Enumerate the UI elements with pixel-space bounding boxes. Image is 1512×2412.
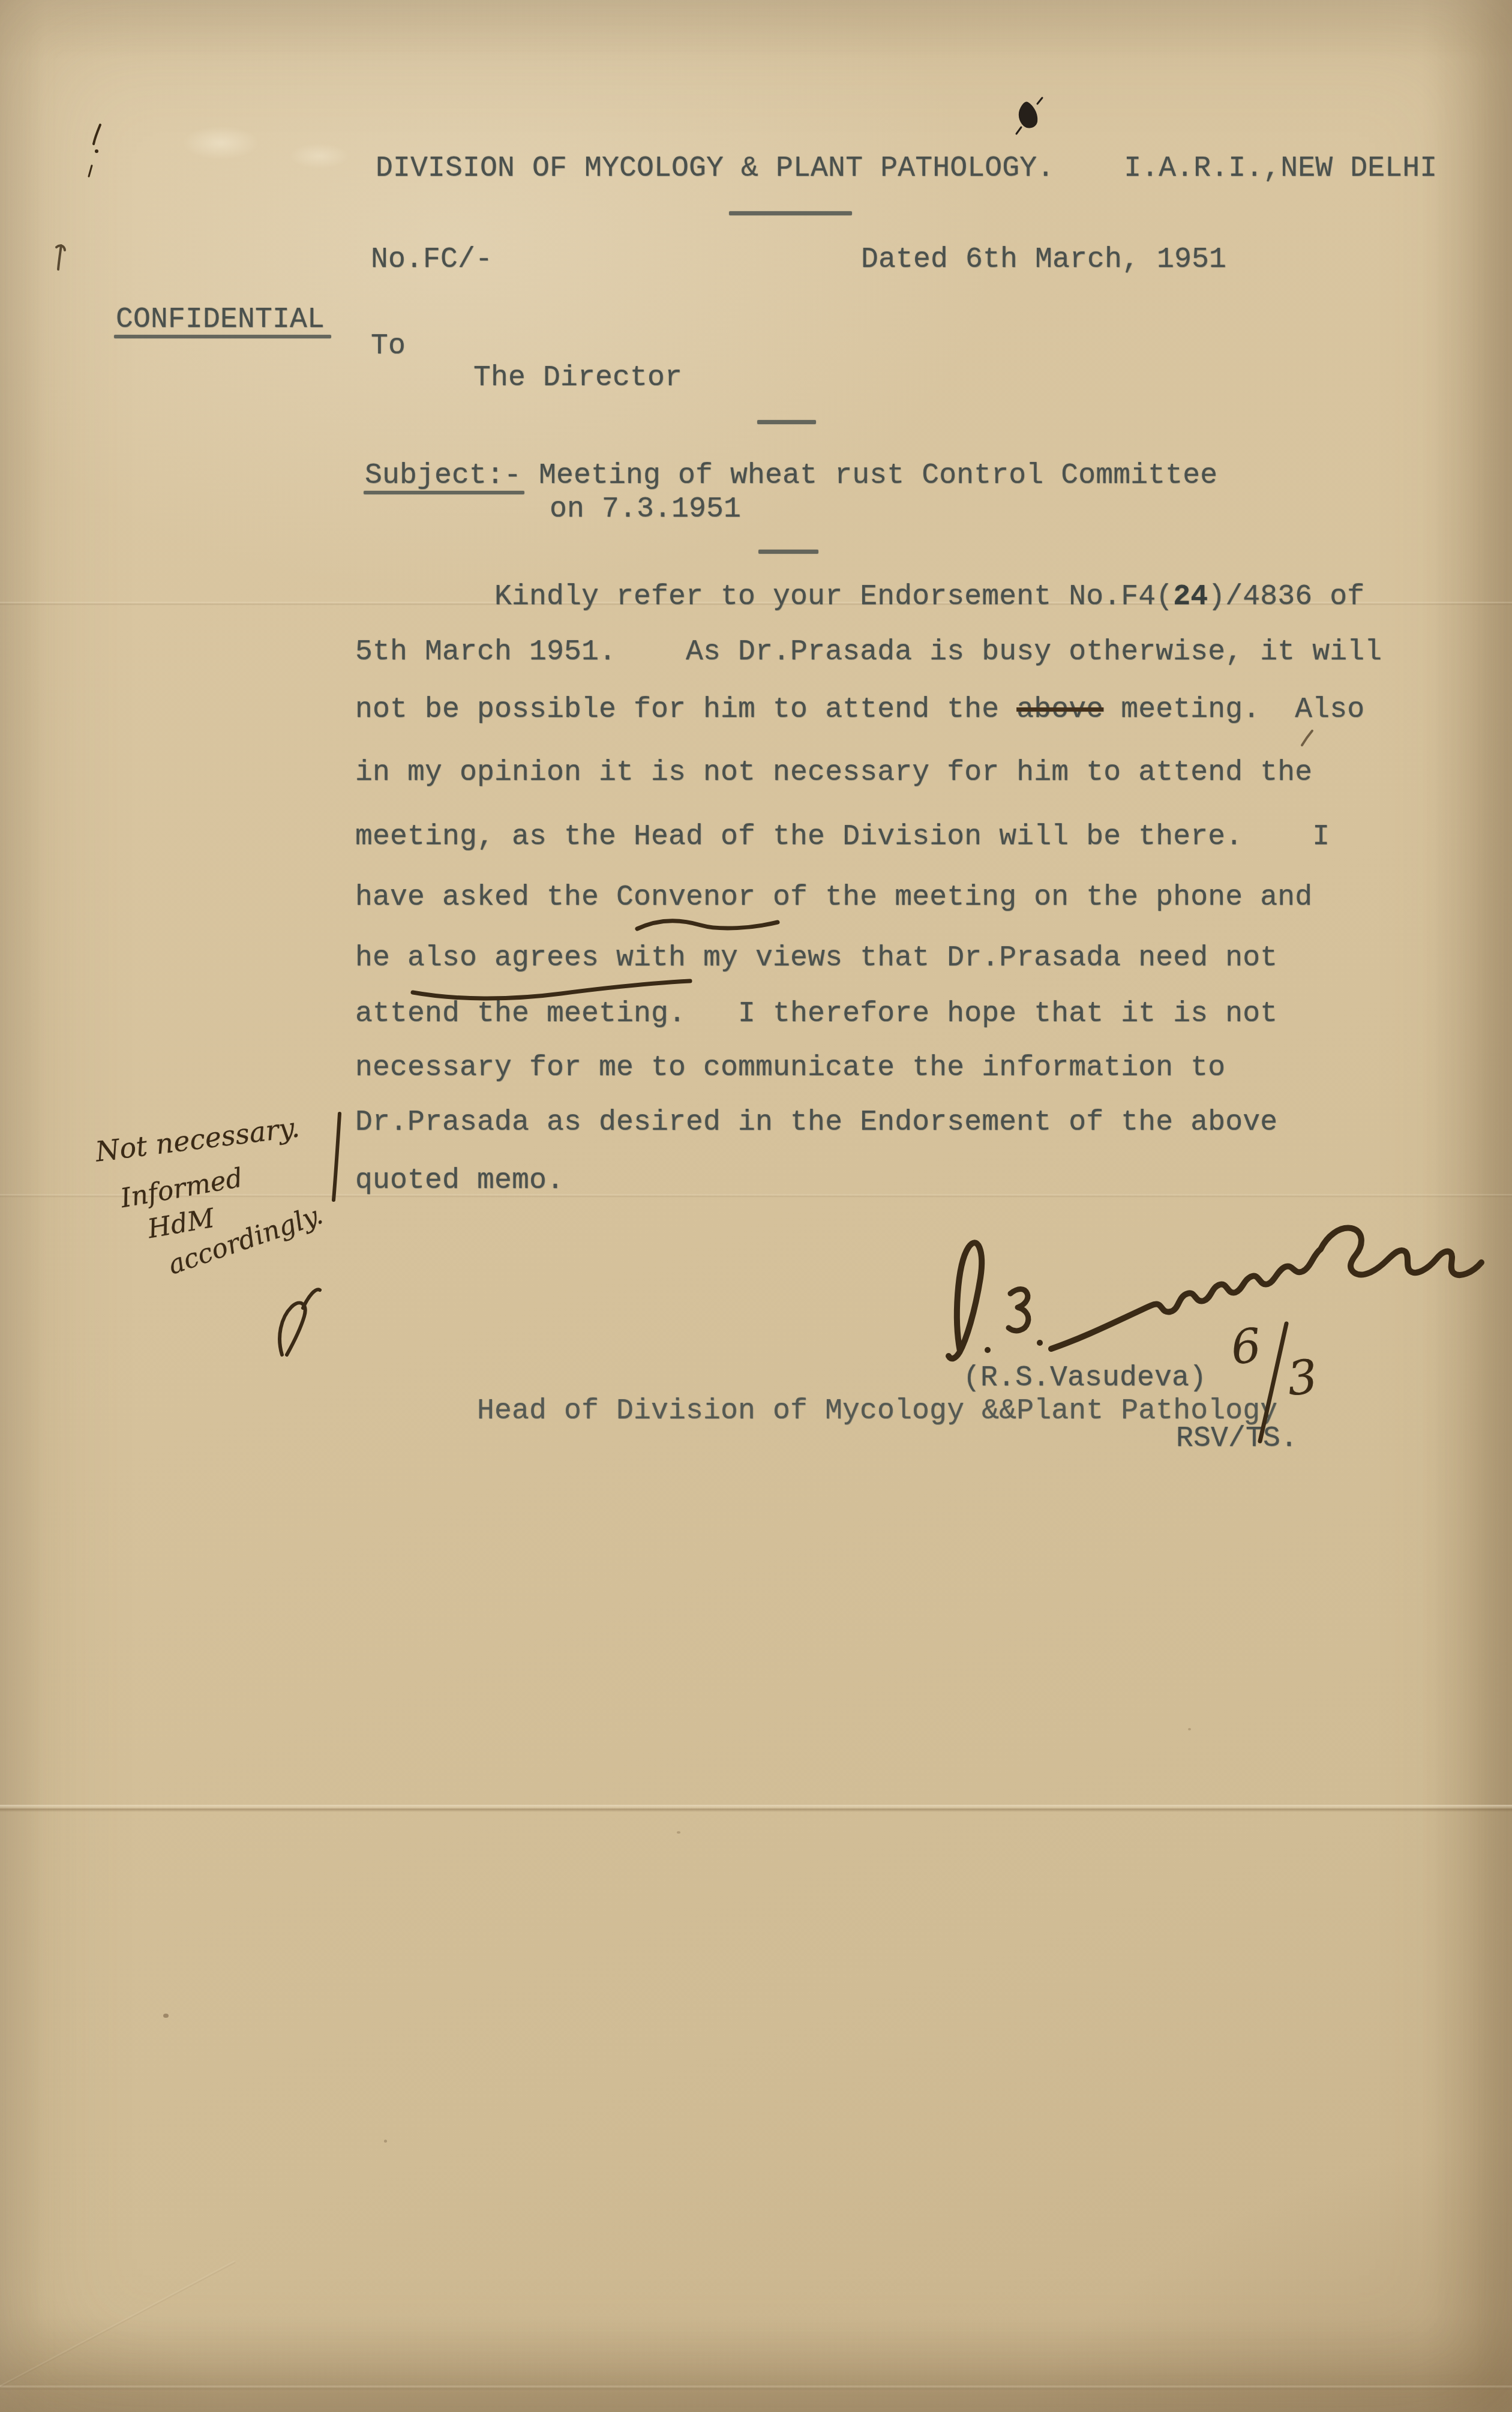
body-line-1-post: )/4836 of xyxy=(1208,581,1364,613)
fold-crease-main xyxy=(0,1805,1512,1812)
signatory-name-typed: (R.S.Vasudeva) xyxy=(963,1361,1207,1395)
pen-underline-convenor xyxy=(637,920,778,929)
body-line-1: Kindly refer to your Endorsement No.F4(2… xyxy=(355,580,1364,614)
margin-note-line-2: Informed xyxy=(118,1163,245,1214)
ink-blot xyxy=(1016,98,1042,134)
pen-mark-top-left-dot xyxy=(95,149,98,153)
body-line-8: attend the meeting. I therefore hope tha… xyxy=(355,997,1277,1031)
signature-dot xyxy=(1037,1340,1043,1346)
letterhead-rule xyxy=(729,211,852,215)
signature-date-digit-3: 3 xyxy=(1285,1350,1320,1407)
paper-speck xyxy=(1188,1728,1191,1730)
paper-speck xyxy=(163,2014,169,2018)
body-line-1-pre: Kindly refer to your Endorsement No.F4( xyxy=(355,581,1173,613)
signature-dot xyxy=(985,1347,991,1353)
body-line-10: Dr.Prasada as desired in the Endorsement… xyxy=(355,1106,1277,1139)
scanned-memo-page: DIVISION OF MYCOLOGY & PLANT PATHOLOGY. … xyxy=(0,0,1512,2412)
body-line-3-struck-word: above xyxy=(1016,694,1103,726)
pen-tick-mark xyxy=(1302,731,1312,745)
margin-note-divider-line xyxy=(334,1114,340,1200)
address-recipient: The Director xyxy=(473,361,682,395)
body-line-1-bold: 24 xyxy=(1173,581,1208,613)
pen-mark-left-edge xyxy=(56,245,65,269)
body-line-6: have asked the Convenor of the meeting o… xyxy=(355,881,1312,914)
paper-speck xyxy=(384,2140,387,2143)
body-line-3: not be possible for him to attend the ab… xyxy=(355,693,1364,727)
confidential-stamp: CONFIDENTIAL xyxy=(116,303,325,337)
subject-line: Subject:- Meeting of wheat rust Control … xyxy=(365,459,1217,493)
margin-note-line-1: Not necessary. xyxy=(94,1111,301,1168)
margin-note-initials-scrawl xyxy=(280,1289,320,1355)
address-to-label: To xyxy=(371,329,406,363)
confidential-underline xyxy=(114,335,331,338)
fold-crease-bottom xyxy=(0,2386,1512,2390)
pen-mark-top-left-slash xyxy=(94,125,100,144)
subject-line-2: on 7.3.1951 xyxy=(550,493,741,526)
body-line-3-pre: not be possible for him to attend the xyxy=(355,694,1016,726)
subject-label: Subject: xyxy=(365,460,504,492)
body-line-4: in my opinion it is not necessary for hi… xyxy=(355,756,1312,790)
subject-underline xyxy=(364,491,524,494)
signatory-title: Head of Division of Mycology &&Plant Pat… xyxy=(477,1394,1277,1428)
reference-number: No.FC/- xyxy=(371,243,493,277)
signature-date-digit-6: 6 xyxy=(1228,1319,1264,1376)
pen-mark-top-left-dash xyxy=(89,166,92,176)
separator-dash-1 xyxy=(757,420,816,424)
body-line-3-post: meeting. Also xyxy=(1103,694,1364,726)
body-line-5: meeting, as the Head of the Division wil… xyxy=(355,820,1330,854)
body-line-11: quoted memo. xyxy=(355,1164,564,1198)
letterhead-title: DIVISION OF MYCOLOGY & PLANT PATHOLOGY. … xyxy=(376,152,1437,185)
body-line-7: he also agrees with my views that Dr.Pra… xyxy=(355,941,1277,975)
body-line-2: 5th March 1951. As Dr.Prasada is busy ot… xyxy=(355,635,1382,669)
paper-speck xyxy=(677,1831,680,1834)
signature-scrawl xyxy=(1051,1228,1481,1349)
typist-initials: RSV/TS. xyxy=(1176,1422,1298,1456)
signature-scrawl xyxy=(949,1243,982,1358)
subject-text: - Meeting of wheat rust Control Committe… xyxy=(504,460,1217,492)
fold-crease-corner xyxy=(0,2261,236,2399)
body-line-9: necessary for me to communicate the info… xyxy=(355,1051,1225,1085)
letter-date: Dated 6th March, 1951 xyxy=(861,243,1226,277)
separator-dash-2 xyxy=(758,550,818,554)
pen-underline-agrees xyxy=(413,981,690,998)
pen-marks-overlay xyxy=(0,0,1512,2412)
signature-scrawl xyxy=(1009,1289,1028,1331)
